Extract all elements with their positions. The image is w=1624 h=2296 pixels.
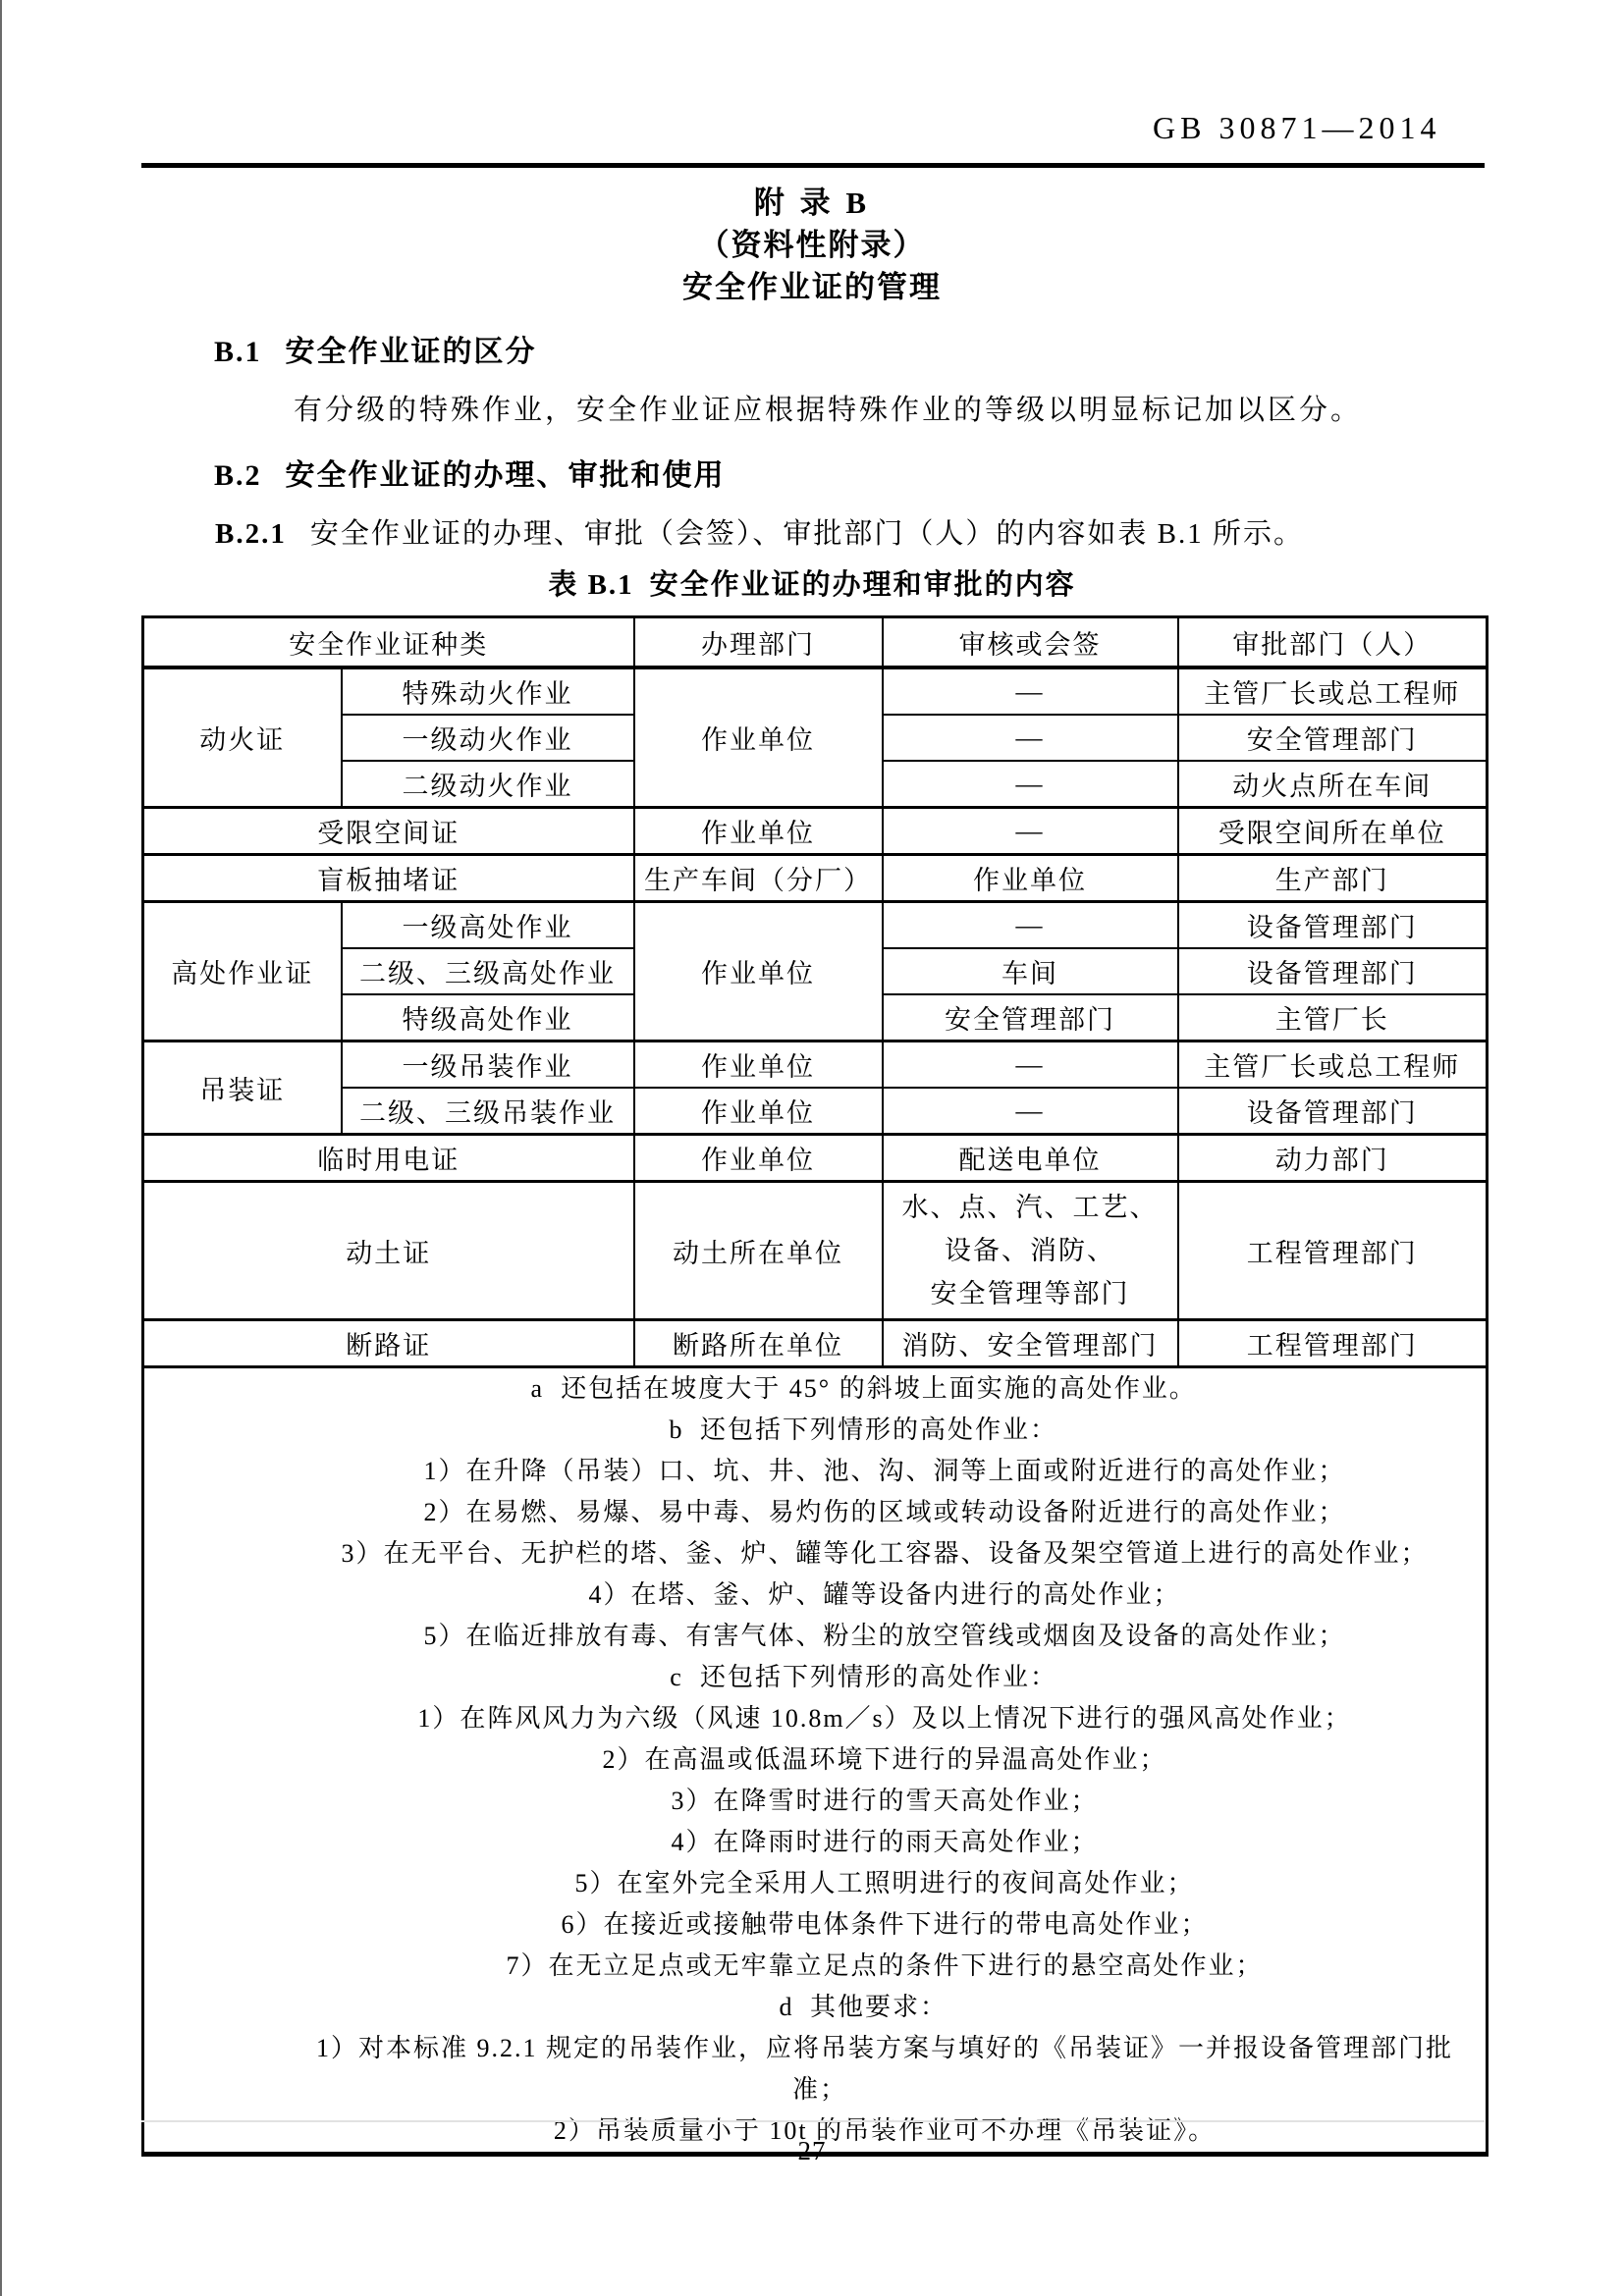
cell-review: 安全管理部门 xyxy=(883,994,1178,1041)
table-row: 临时用电证 作业单位 配送电单位 动力部门 xyxy=(143,1135,1488,1182)
cell-review: 消防、安全管理部门 xyxy=(883,1320,1178,1367)
appendix-type: （资料性附录） xyxy=(0,220,1624,264)
note-c-item: 3）在降雪时进行的雪天高处作业； xyxy=(144,1781,1486,1822)
cell-approve: 安全管理部门 xyxy=(1178,715,1488,761)
note-b-item: 1）在升降（吊装）口、坑、井、池、沟、洞等上面或附近进行的高处作业； xyxy=(144,1451,1486,1492)
cell-approve: 工程管理部门 xyxy=(1178,1320,1488,1367)
cell-approve: 工程管理部门 xyxy=(1178,1182,1488,1320)
cell-handle: 动土所在单位 xyxy=(634,1182,883,1320)
note-b-item: 5）在临近排放有毒、有害气体、粉尘的放空管线或烟囱及设备的高处作业； xyxy=(144,1616,1486,1657)
table-caption-title: 安全作业证的办理和审批的内容 xyxy=(650,569,1076,601)
cell-kind: 受限空间证 xyxy=(143,808,634,855)
cell-group: 高处作业证 xyxy=(143,902,342,1041)
note-b-item: 2）在易燃、易爆、易中毒、易灼伤的区域或转动设备附近进行的高处作业； xyxy=(144,1492,1486,1533)
cell-review: — xyxy=(883,761,1178,808)
cell-kind: 临时用电证 xyxy=(143,1135,634,1182)
note-b-item: 3）在无平台、无护栏的塔、釜、炉、罐等化工容器、设备及架空管道上进行的高处作业； xyxy=(144,1533,1486,1575)
col-header-approve: 审批部门（人） xyxy=(1178,617,1488,668)
note-c-item: 4）在降雨时进行的雨天高处作业； xyxy=(144,1822,1486,1863)
table-row: 动土证 动土所在单位 水、点、汽、工艺、 设备、消防、 安全管理等部门 工程管理… xyxy=(143,1182,1488,1320)
cell-subkind: 特级高处作业 xyxy=(342,994,634,1041)
table-row: 断路证 断路所在单位 消防、安全管理部门 工程管理部门 xyxy=(143,1320,1488,1367)
table-row: 动火证 特殊动火作业 作业单位 — 主管厂长或总工程师 xyxy=(143,667,1488,715)
note-d-text: 其他要求： xyxy=(810,1993,947,2021)
cell-approve: 设备管理部门 xyxy=(1178,902,1488,949)
cell-approve: 生产部门 xyxy=(1178,855,1488,902)
page-number: 27 xyxy=(0,2136,1624,2166)
note-a-text: 还包括在坡度大于 45° 的斜坡上面实施的高处作业。 xyxy=(561,1374,1196,1403)
cell-handle: 作业单位 xyxy=(634,808,883,855)
col-header-handle: 办理部门 xyxy=(634,617,883,668)
note-d: d其他要求： xyxy=(144,1987,1486,2028)
cell-approve: 主管厂长 xyxy=(1178,994,1488,1041)
table-row: 吊装证 一级吊装作业 作业单位 — 主管厂长或总工程师 xyxy=(143,1041,1488,1089)
col-header-review: 审核或会签 xyxy=(883,617,1178,668)
note-c-item: 2）在高温或低温环境下进行的异温高处作业； xyxy=(144,1739,1486,1781)
cell-kind: 动土证 xyxy=(143,1182,634,1320)
scan-edge-artifact xyxy=(0,0,2,2296)
cell-review: 车间 xyxy=(883,948,1178,994)
cell-handle: 作业单位 xyxy=(634,1135,883,1182)
cell-kind: 断路证 xyxy=(143,1320,634,1367)
cell-subkind: 二级、三级高处作业 xyxy=(342,948,634,994)
cell-approve: 动力部门 xyxy=(1178,1135,1488,1182)
note-b: b还包括下列情形的高处作业： xyxy=(144,1410,1486,1451)
note-c-item: 7）在无立足点或无牢靠立足点的条件下进行的悬空高处作业； xyxy=(144,1946,1486,1987)
cell-review: — xyxy=(883,1041,1178,1089)
cell-review: — xyxy=(883,715,1178,761)
cell-approve: 主管厂长或总工程师 xyxy=(1178,1041,1488,1089)
note-a-label: a xyxy=(514,1368,561,1410)
cell-approve: 主管厂长或总工程师 xyxy=(1178,667,1488,715)
cell-review: — xyxy=(883,667,1178,715)
standard-code: GB 30871—2014 xyxy=(1153,110,1440,146)
cell-handle: 生产车间（分厂） xyxy=(634,855,883,902)
cell-subkind: 二级动火作业 xyxy=(342,761,634,808)
section-b1-heading: B.1安全作业证的区分 xyxy=(214,327,537,370)
cell-review: — xyxy=(883,1088,1178,1135)
note-c-item: 6）在接近或接触带电体条件下进行的带电高处作业； xyxy=(144,1904,1486,1946)
cell-approve: 设备管理部门 xyxy=(1178,1088,1488,1135)
note-c-item: 1）在阵风风力为六级（风速 10.8m／s）及以上情况下进行的强风高处作业； xyxy=(144,1698,1486,1739)
cell-approve: 设备管理部门 xyxy=(1178,948,1488,994)
cell-handle: 作业单位 xyxy=(634,902,883,1041)
table-row: 二级、三级吊装作业 作业单位 — 设备管理部门 xyxy=(143,1088,1488,1135)
cell-handle: 作业单位 xyxy=(634,1041,883,1089)
cell-subkind: 二级、三级吊装作业 xyxy=(342,1088,634,1135)
cell-subkind: 特殊动火作业 xyxy=(342,667,634,715)
cell-review-line: 安全管理等部门 xyxy=(884,1272,1177,1315)
appendix-label: 附 录 B xyxy=(0,178,1624,222)
cell-review-line: 设备、消防、 xyxy=(884,1229,1177,1272)
cell-handle: 作业单位 xyxy=(634,1088,883,1135)
cell-handle: 作业单位 xyxy=(634,667,883,808)
section-b1-title: 安全作业证的区分 xyxy=(286,336,537,368)
note-c-text: 还包括下列情形的高处作业： xyxy=(700,1663,1057,1691)
note-d-label: d xyxy=(763,1987,810,2028)
cell-review-line: 水、点、汽、工艺、 xyxy=(884,1186,1177,1229)
cell-subkind: 一级吊装作业 xyxy=(342,1041,634,1089)
section-b1-paragraph: 有分级的特殊作业，安全作业证应根据特殊作业的等级以明显标记加以区分。 xyxy=(294,388,1362,428)
section-b21-paragraph: B.2.1安全作业证的办理、审批（会签）、审批部门（人）的内容如表 B.1 所示… xyxy=(215,511,1304,552)
header-rule xyxy=(141,163,1485,168)
appendix-title: 安全作业证的管理 xyxy=(0,262,1624,306)
section-b21-number: B.2.1 xyxy=(215,518,287,550)
cell-group: 动火证 xyxy=(143,667,342,808)
note-b-label: b xyxy=(653,1410,700,1451)
cell-review: — xyxy=(883,902,1178,949)
note-c: c还包括下列情形的高处作业： xyxy=(144,1657,1486,1698)
cell-group: 吊装证 xyxy=(143,1041,342,1135)
permit-table: 安全作业证种类 办理部门 审核或会签 审批部门（人） 动火证 特殊动火作业 作业… xyxy=(141,615,1489,2157)
note-d-item: 1）对本标准 9.2.1 规定的吊装作业，应将吊装方案与填好的《吊装证》一并报设… xyxy=(144,2028,1486,2069)
cell-handle: 断路所在单位 xyxy=(634,1320,883,1367)
table-header-row: 安全作业证种类 办理部门 审核或会签 审批部门（人） xyxy=(143,617,1488,668)
section-b2-number: B.2 xyxy=(214,459,262,492)
cell-approve: 受限空间所在单位 xyxy=(1178,808,1488,855)
section-b1-number: B.1 xyxy=(214,336,262,368)
cell-kind: 盲板抽堵证 xyxy=(143,855,634,902)
table-notes-cell: a还包括在坡度大于 45° 的斜坡上面实施的高处作业。 b还包括下列情形的高处作… xyxy=(143,1367,1488,2155)
cell-review: — xyxy=(883,808,1178,855)
cell-subkind: 一级高处作业 xyxy=(342,902,634,949)
section-b2-title: 安全作业证的办理、审批和使用 xyxy=(286,459,726,492)
note-d-continuation: 准； xyxy=(144,2069,1486,2110)
note-c-label: c xyxy=(653,1657,700,1698)
cell-review: 配送电单位 xyxy=(883,1135,1178,1182)
document-page: GB 30871—2014 附 录 B （资料性附录） 安全作业证的管理 B.1… xyxy=(0,0,1624,2296)
note-a: a还包括在坡度大于 45° 的斜坡上面实施的高处作业。 xyxy=(144,1368,1486,1410)
cell-review: 作业单位 xyxy=(883,855,1178,902)
col-header-kind: 安全作业证种类 xyxy=(143,617,634,668)
note-c-item: 5）在室外完全采用人工照明进行的夜间高处作业； xyxy=(144,1863,1486,1904)
table-row: 高处作业证 一级高处作业 作业单位 — 设备管理部门 xyxy=(143,902,1488,949)
table-row: 盲板抽堵证 生产车间（分厂） 作业单位 生产部门 xyxy=(143,855,1488,902)
table-caption-number: 表 B.1 xyxy=(548,569,633,601)
cell-approve: 动火点所在车间 xyxy=(1178,761,1488,808)
cell-subkind: 一级动火作业 xyxy=(342,715,634,761)
cell-review: 水、点、汽、工艺、 设备、消防、 安全管理等部门 xyxy=(883,1182,1178,1320)
note-b-item: 4）在塔、釜、炉、罐等设备内进行的高处作业； xyxy=(144,1575,1486,1616)
section-b2-heading: B.2安全作业证的办理、审批和使用 xyxy=(214,451,726,494)
table-row: 受限空间证 作业单位 — 受限空间所在单位 xyxy=(143,808,1488,855)
table-notes-row: a还包括在坡度大于 45° 的斜坡上面实施的高处作业。 b还包括下列情形的高处作… xyxy=(143,1367,1488,2155)
table-bottom-shadow xyxy=(141,2120,1485,2122)
section-b21-text: 安全作业证的办理、审批（会签）、审批部门（人）的内容如表 B.1 所示。 xyxy=(310,518,1304,550)
note-b-text: 还包括下列情形的高处作业： xyxy=(700,1415,1057,1444)
table-caption: 表 B.1安全作业证的办理和审批的内容 xyxy=(0,562,1624,603)
